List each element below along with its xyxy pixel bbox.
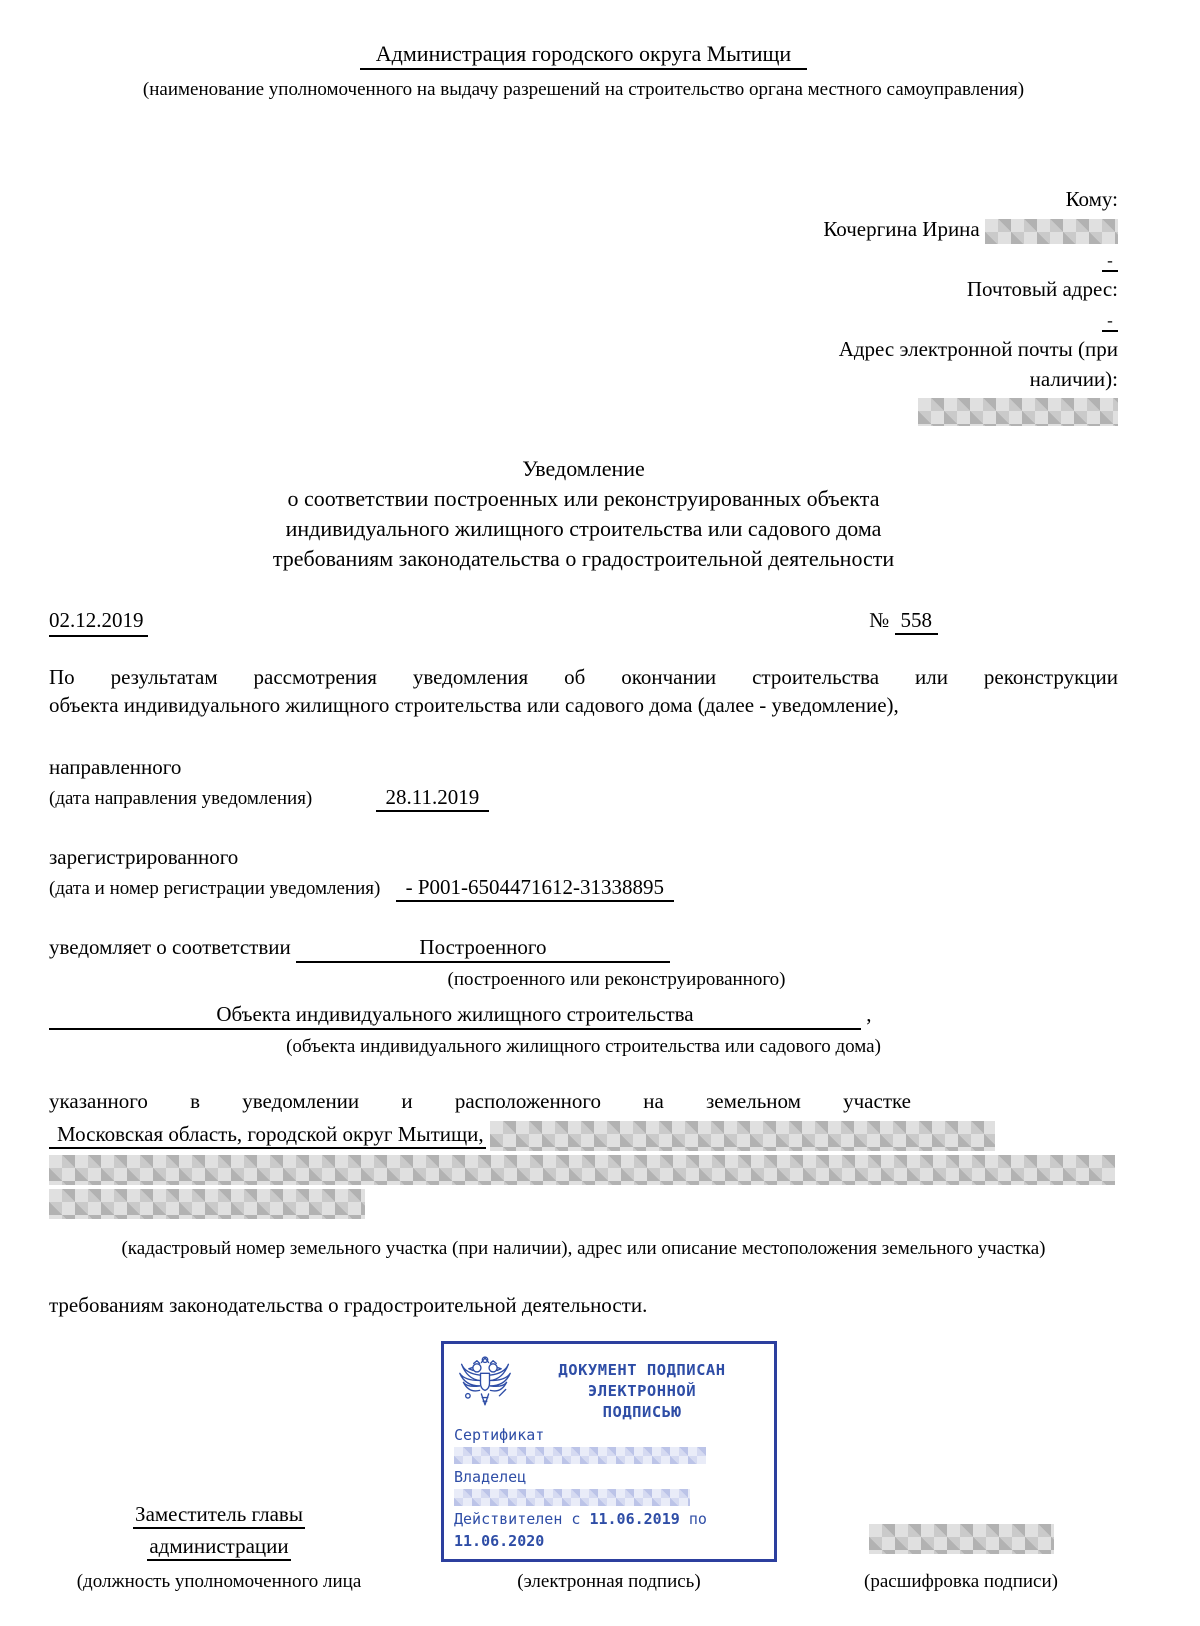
role-caption: (должность уполномоченного лица <box>49 1568 389 1596</box>
to-label: Кому: <box>49 184 1118 214</box>
document-title: Уведомление о соответствии построенных и… <box>49 454 1118 574</box>
number-label: № <box>869 608 889 632</box>
role-line-2: администрации <box>147 1534 290 1561</box>
empty-field-dash: - <box>1102 312 1118 332</box>
sent-caption: (дата направления уведомления) <box>49 788 312 809</box>
title-line-1: Уведомление <box>49 454 1118 484</box>
stamp-title-line-2: ЭЛЕКТРОННОЙ <box>520 1381 764 1402</box>
date-number-row: 02.12.2019 № 558 <box>49 606 1118 637</box>
email-label-line2: наличии): <box>49 364 1118 394</box>
recipient-name: Кочергина Ирина <box>823 217 979 241</box>
document-page: Администрация городского округа Мытищи (… <box>0 0 1200 1626</box>
final-phrase: требованиям законодательства о градостро… <box>49 1291 1118 1319</box>
recipient-block: Кому: Кочергина Ирина - Почтовый адрес: … <box>49 184 1118 426</box>
object-caption: (объекта индивидуального жилищного строи… <box>49 1033 1118 1061</box>
stamp-title-line-3: ПОДПИСЬЮ <box>520 1402 764 1423</box>
located-phrase: указанного в уведомлении и расположенног… <box>49 1087 911 1115</box>
valid-prefix: Действителен с <box>454 1510 580 1528</box>
title-line-4: требованиям законодательства о градостро… <box>49 544 1118 574</box>
location-value: Московская область, городской округ Мыти… <box>49 1122 486 1149</box>
signature-stamp-column: ДОКУМЕНТ ПОДПИСАН ЭЛЕКТРОННОЙ ПОДПИСЬЮ С… <box>441 1341 777 1596</box>
stamp-caption: (электронная подпись) <box>441 1568 777 1596</box>
russian-coat-of-arms-icon <box>458 1354 512 1423</box>
registration-caption: (дата и номер регистрации уведомления) <box>49 878 380 899</box>
email-label-line1: Адрес электронной почты (при <box>49 334 1118 364</box>
valid-to-date: 11.06.2020 <box>454 1532 544 1550</box>
org-caption: (наименование уполномоченного на выдачу … <box>49 76 1118 104</box>
certificate-label: Сертификат <box>454 1425 764 1445</box>
name-caption: (расшифровка подписи) <box>811 1568 1111 1596</box>
role-line-1: Заместитель главы <box>133 1502 305 1529</box>
valid-from-date: 11.06.2019 <box>589 1510 679 1528</box>
redacted-owner-name <box>454 1489 690 1506</box>
empty-field-dash: - <box>1102 252 1118 272</box>
sent-date-value: 28.11.2019 <box>376 785 490 812</box>
redacted-certificate-number <box>454 1447 706 1464</box>
document-date: 02.12.2019 <box>49 606 148 637</box>
signature-area: Заместитель главы администрации (должнос… <box>49 1341 1118 1596</box>
owner-label: Владелец <box>454 1468 526 1486</box>
object-value-field: Объекта индивидуального жилищного строит… <box>49 1000 861 1030</box>
built-value-field: Построенного <box>296 933 670 963</box>
stamp-title-line-1: ДОКУМЕНТ ПОДПИСАН <box>520 1360 764 1381</box>
postal-address-label: Почтовый адрес: <box>49 274 1118 304</box>
registration-number-value: - P001-6504471612-31338895 <box>396 875 674 902</box>
location-caption: (кадастровый номер земельного участка (п… <box>49 1235 1118 1263</box>
title-line-3: индивидуального жилищного строительства … <box>49 514 1118 544</box>
document-header: Администрация городского округа Мытищи (… <box>49 40 1118 104</box>
redacted-address-part-2 <box>49 1155 1115 1185</box>
built-caption: (построенного или реконструированного) <box>115 966 1118 994</box>
registered-word: зарегистрированного <box>49 843 1118 871</box>
org-name: Администрация городского округа Мытищи <box>360 41 807 70</box>
signature-name-column: (расшифровка подписи) <box>811 1523 1111 1596</box>
notify-phrase: уведомляет о соответствии <box>49 935 291 959</box>
sent-word: направленного <box>49 753 1118 781</box>
electronic-signature-stamp: ДОКУМЕНТ ПОДПИСАН ЭЛЕКТРОННОЙ ПОДПИСЬЮ С… <box>441 1341 777 1562</box>
paragraph-1-line-2: объекта индивидуального жилищного строит… <box>49 691 1118 719</box>
redacted-email <box>918 398 1118 426</box>
document-number: 558 <box>895 608 939 635</box>
title-line-2: о соответствии построенных или реконстру… <box>49 484 1118 514</box>
object-suffix: , <box>861 1002 872 1026</box>
redacted-recipient-details <box>985 219 1118 244</box>
signature-role-column: Заместитель главы администрации (должнос… <box>49 1498 389 1596</box>
redacted-address-part-1 <box>490 1121 995 1151</box>
redacted-signatory-name <box>869 1524 1054 1554</box>
valid-conjunction: по <box>689 1510 707 1528</box>
redacted-address-part-3 <box>49 1189 365 1219</box>
paragraph-1-line-1: По результатам рассмотрения уведомления … <box>49 663 1118 691</box>
